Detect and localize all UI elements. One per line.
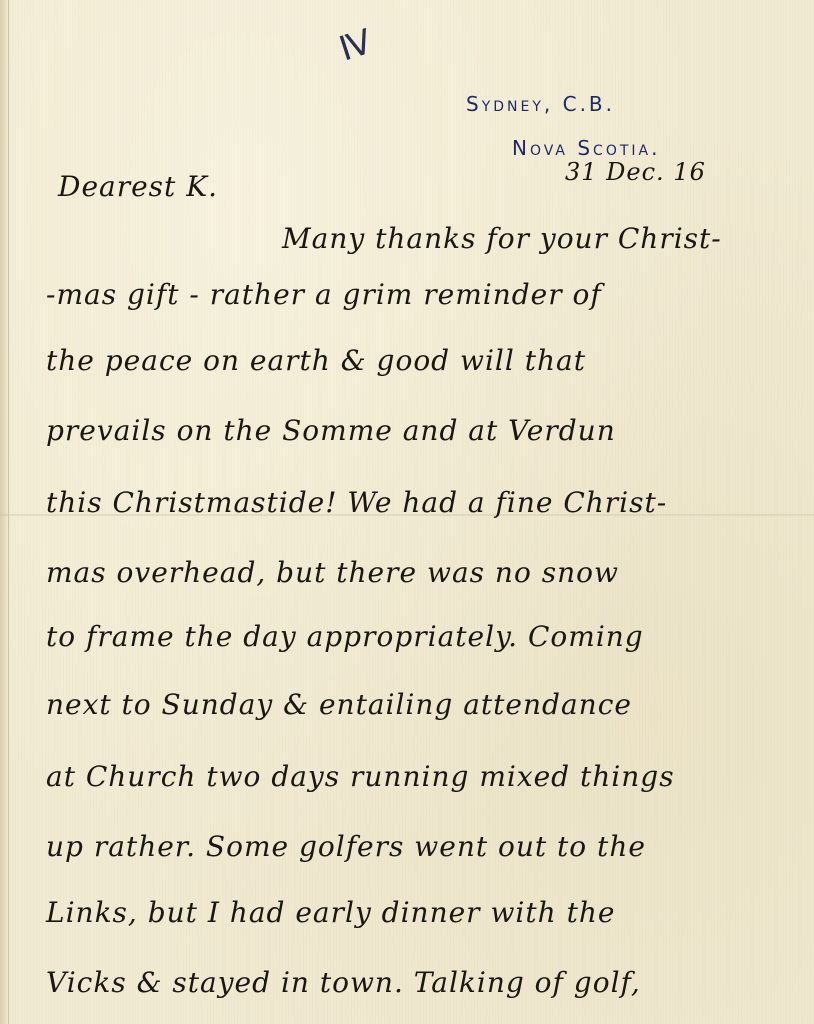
paper-torn-edge [0,0,9,1024]
body-line: at Church two days running mixed things [46,760,675,793]
body-line: up rather. Some golfers went out to the [46,830,646,863]
body-line: Vicks & stayed in town. Talking of golf, [46,966,641,999]
body-line: the peace on earth & good will that [46,344,586,377]
letter-date: 31 Dec. 16 [565,158,706,186]
body-line: next to Sunday & entailing attendance [46,688,632,721]
salutation: Dearest K. [58,170,218,203]
body-line: mas overhead, but there was no snow [46,556,619,589]
archive-mark: IV [335,22,375,69]
body-line: -mas gift - rather a grim reminder of [46,278,602,311]
letter-page: IV Sydney, C.B. Nova Scotia. 31 Dec. 16 … [0,0,814,1024]
body-line: Many thanks for your Christ- [282,222,722,255]
letterhead-province: Nova Scotia. [512,136,660,160]
body-line: Links, but I had early dinner with the [46,896,615,929]
body-line: prevails on the Somme and at Verdun [46,414,616,447]
body-line: to frame the day appropriately. Coming [46,620,644,653]
letterhead-city: Sydney, C.B. [466,92,615,116]
body-line: this Christmastide! We had a fine Christ… [46,486,667,519]
